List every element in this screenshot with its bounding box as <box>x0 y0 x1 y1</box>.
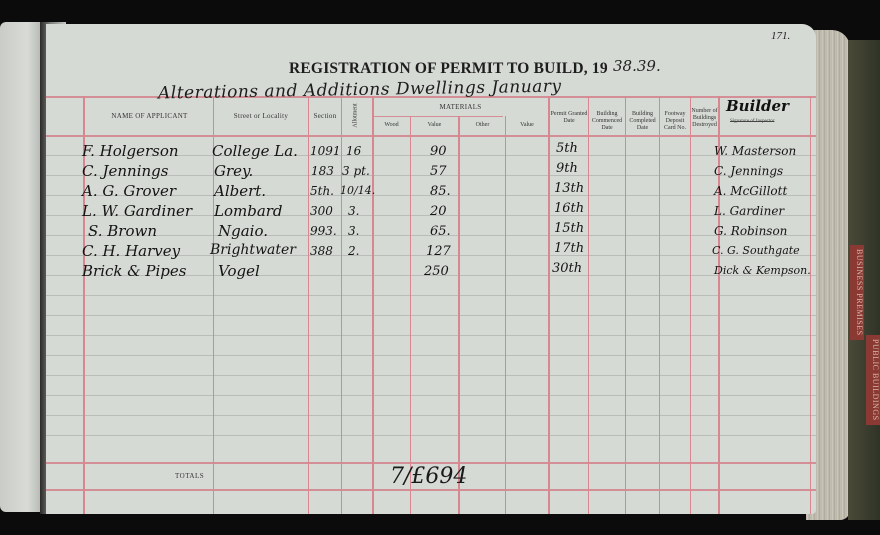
page-title: REGISTRATION OF PERMIT TO BUILD, 19 <box>289 60 608 78</box>
col-permit-granted-header: Permit Granted Date <box>550 111 588 125</box>
allotment: 3 pt. <box>342 164 370 178</box>
value: 65. <box>430 224 451 239</box>
category-handwritten: Alterations and Additions Dwellings Janu… <box>158 76 562 103</box>
applicant-name: F. Holgerson <box>82 142 179 160</box>
col-section-header: Section <box>309 113 341 120</box>
page-number: 171. <box>771 30 790 42</box>
permit-date: 17th <box>554 241 584 256</box>
street: Lombard <box>214 202 283 220</box>
col-value1-header: Value <box>411 122 458 129</box>
section: 1091 <box>310 144 341 158</box>
street: Grey. <box>214 162 253 180</box>
builder: C. G. Southgate <box>712 244 800 257</box>
builder: C. Jennings <box>714 164 783 178</box>
builder: G. Robinson <box>714 224 787 238</box>
street: Ngaio. <box>218 222 268 240</box>
col-completed-header: Building Completed Date <box>626 111 659 132</box>
year-handwritten: 38.39. <box>613 57 661 75</box>
value: 90 <box>430 144 447 159</box>
value: 20 <box>430 204 447 219</box>
value: 85. <box>430 184 451 199</box>
permit-date: 13th <box>554 181 584 196</box>
col-name-header: NAME OF APPLICANT <box>86 113 213 120</box>
applicant-name: C. H. Harvey <box>82 242 180 260</box>
street: Albert. <box>214 182 266 200</box>
allotment: 3. <box>348 224 359 238</box>
ledger-page: 171. REGISTRATION OF PERMIT TO BUILD, 19… <box>46 24 816 514</box>
section: 388 <box>310 244 333 258</box>
totals-value: 7/£694 <box>390 464 467 489</box>
allotment: 16 <box>346 144 361 158</box>
section: 300 <box>310 204 333 218</box>
applicant-name: S. Brown <box>88 222 157 240</box>
col-allotment-header: Allotment <box>353 90 360 142</box>
materials-sub-rule <box>372 116 503 117</box>
header-bottom-rule <box>46 135 816 137</box>
col-destroyed-header: Number of Buildings Destroyed <box>691 108 718 129</box>
section: 993. <box>310 224 337 238</box>
totals-label: TOTALS <box>175 472 204 480</box>
builder: W. Masterson <box>714 144 796 158</box>
value: 250 <box>424 264 449 279</box>
section: 183 <box>311 164 334 178</box>
tab-public-buildings[interactable]: PUBLIC BUILDINGS <box>866 335 880 425</box>
permit-date: 30th <box>552 261 582 276</box>
builder-heading-handwritten: Builder <box>726 97 789 115</box>
street: Brightwater <box>210 242 296 258</box>
permit-date: 15th <box>554 221 584 236</box>
allotment: 3. <box>348 204 359 218</box>
applicant-name: Brick & Pipes <box>82 262 186 280</box>
permit-date: 9th <box>556 161 578 176</box>
col-other-header: Other <box>460 122 505 129</box>
col-commenced-header: Building Commenced Date <box>589 111 625 132</box>
col-street-header: Street or Locality <box>214 113 308 120</box>
col-footway-header: Footway Deposit Card No. <box>660 111 690 132</box>
value: 57 <box>430 164 447 179</box>
applicant-name: C. Jennings <box>82 162 168 180</box>
col-value2-header: Value <box>506 122 548 129</box>
col-materials-header: MATERIALS <box>373 104 548 111</box>
permit-date: 16th <box>554 201 584 216</box>
value: 127 <box>426 244 451 259</box>
struck-heading: Signature of Inspector <box>730 119 774 124</box>
street: Vogel <box>218 262 260 280</box>
applicant-name: A. G. Grover <box>82 182 176 200</box>
col-wood-header: Wood <box>373 122 410 129</box>
section: 5th. <box>310 184 334 198</box>
street: College La. <box>212 142 298 160</box>
builder: Dick & Kempson. <box>714 264 811 277</box>
builder: A. McGillott <box>714 184 787 198</box>
tab-business-premises[interactable]: BUSINESS PREMISES <box>850 245 864 340</box>
allotment: 2. <box>348 244 359 258</box>
totals-bottom-rule <box>46 489 816 491</box>
allotment: 10/14. <box>340 184 375 197</box>
applicant-name: L. W. Gardiner <box>82 202 192 220</box>
permit-date: 5th <box>556 141 578 156</box>
builder: L. Gardiner <box>714 204 784 218</box>
